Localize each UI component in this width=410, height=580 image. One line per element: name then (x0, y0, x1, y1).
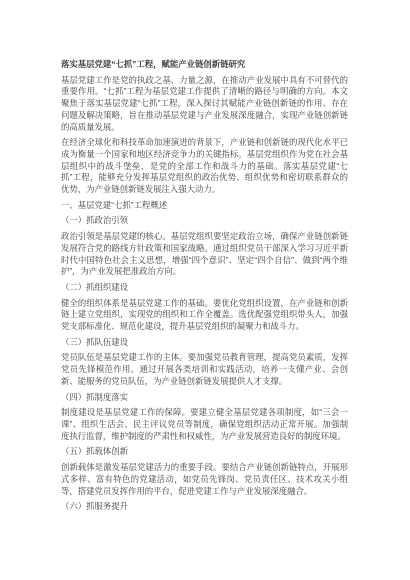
document-title: 落实基层党建“七抓”工程，赋能产业链创新链研究 (61, 59, 348, 71)
subsection-6-heading: （六）抓服务提升 (61, 501, 348, 513)
intro-paragraph-1: 基层党建工作是党的执政之基、力量之源，在推动产业发展中具有不可替代的重要作用。“… (61, 75, 348, 134)
document-page: 落实基层党建“七抓”工程，赋能产业链创新链研究 基层党建工作是党的执政之基、力量… (0, 0, 410, 580)
subsection-5-body: 创新载体是激发基层党建活力的重要手段。要结合产业链创新链特点，开展形式多样、富有… (61, 462, 348, 497)
subsection-3-heading: （三）抓队伍建设 (61, 337, 348, 349)
subsection-2-body: 健全的组织体系是基层党建工作的基础。要优化党组织设置，在产业链和创新链上建立党组… (61, 298, 348, 333)
section-heading: 一、基层党建“七抓”工程概述 (61, 200, 348, 212)
subsection-4-body: 制度建设是基层党建工作的保障。要建立健全基层党建各项制度，如“三会一课”、组织生… (61, 407, 348, 442)
subsection-1-body: 政治引领是基层党建的核心。基层党组织要坚定政治立场，确保产业链创新链发展符合党的… (61, 231, 348, 278)
subsection-2-heading: （二）抓组织建设 (61, 282, 348, 294)
subsection-3-body: 党员队伍是基层党建工作的主体。要加强党员教育管理，提高党员素质，发挥党员先锋模范… (61, 352, 348, 387)
subsection-5-heading: （五）抓载体创新 (61, 446, 348, 458)
intro-paragraph-2: 在经济全球化和科技革命加速演进的背景下，产业链和创新链的现代化水平已成为衡量一个… (61, 137, 348, 196)
subsection-4-heading: （四）抓制度落实 (61, 392, 348, 404)
subsection-1-heading: （一）抓政治引领 (61, 215, 348, 227)
